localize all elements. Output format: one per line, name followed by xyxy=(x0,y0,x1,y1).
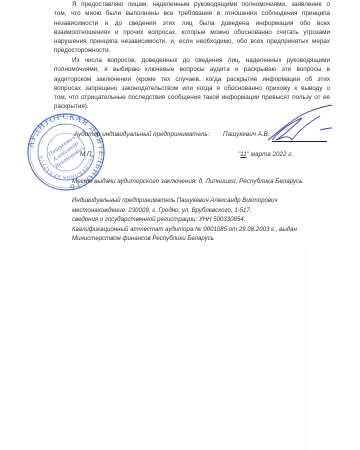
page-fold-line xyxy=(305,250,306,450)
text-line: Из числа вопросов, доведенных до сведени… xyxy=(54,56,330,65)
text-line: том, что отрицательные последствия сообщ… xyxy=(54,93,330,102)
report-date: "11" марта 2022 г. xyxy=(238,151,293,158)
text-line: независимости и до сведения этих лиц был… xyxy=(54,19,330,28)
text-line: том, что мною были выполнены все требова… xyxy=(54,9,330,18)
handwritten-signature-icon xyxy=(262,104,342,146)
date-suffix: " марта 2022 г. xyxy=(247,151,293,158)
text-line: вопросах запрещено законодательством или… xyxy=(54,84,330,93)
auditor-info-block: Индивидуальный предприниматель Пашукевич… xyxy=(72,196,297,244)
paragraph-independence-statement: Я предоставляю лицам, наделенным руковод… xyxy=(54,0,330,56)
text-line: предосторожности. xyxy=(54,46,330,55)
text-line: полномочиями, я выбираю ключевые вопросы… xyxy=(54,65,330,74)
place-of-issue: Место выдачи аудиторского заключения: д.… xyxy=(72,178,303,185)
text-line: нарушения принципа независимости, и, есл… xyxy=(54,37,330,46)
document-page: Я предоставляю лицам, наделенным руковод… xyxy=(0,0,360,450)
stamp-mark-label: М.П. xyxy=(80,151,93,158)
auditor-info-line: сведения о государственной регистрации: … xyxy=(72,215,297,225)
text-line: Я предоставляю лицам, наделенным руковод… xyxy=(54,0,330,9)
auditor-info-line: Индивидуальный предприниматель Пашукевич… xyxy=(72,196,297,206)
auditor-info-line: местонахождение: 230009, г. Гродно, ул. … xyxy=(72,206,297,216)
auditor-info-line: Квалификационный аттестат аудитора № 000… xyxy=(72,225,297,235)
auditor-info-line: Министерством финансов Республики Белару… xyxy=(72,234,297,244)
text-line: взаимоотношениях и прочих вопросах, кото… xyxy=(54,28,330,37)
auditor-role-label: Аудитор индивидуальный предприниматель: xyxy=(74,131,209,138)
text-line: аудиторском заключении (кроме тех случае… xyxy=(54,75,330,84)
